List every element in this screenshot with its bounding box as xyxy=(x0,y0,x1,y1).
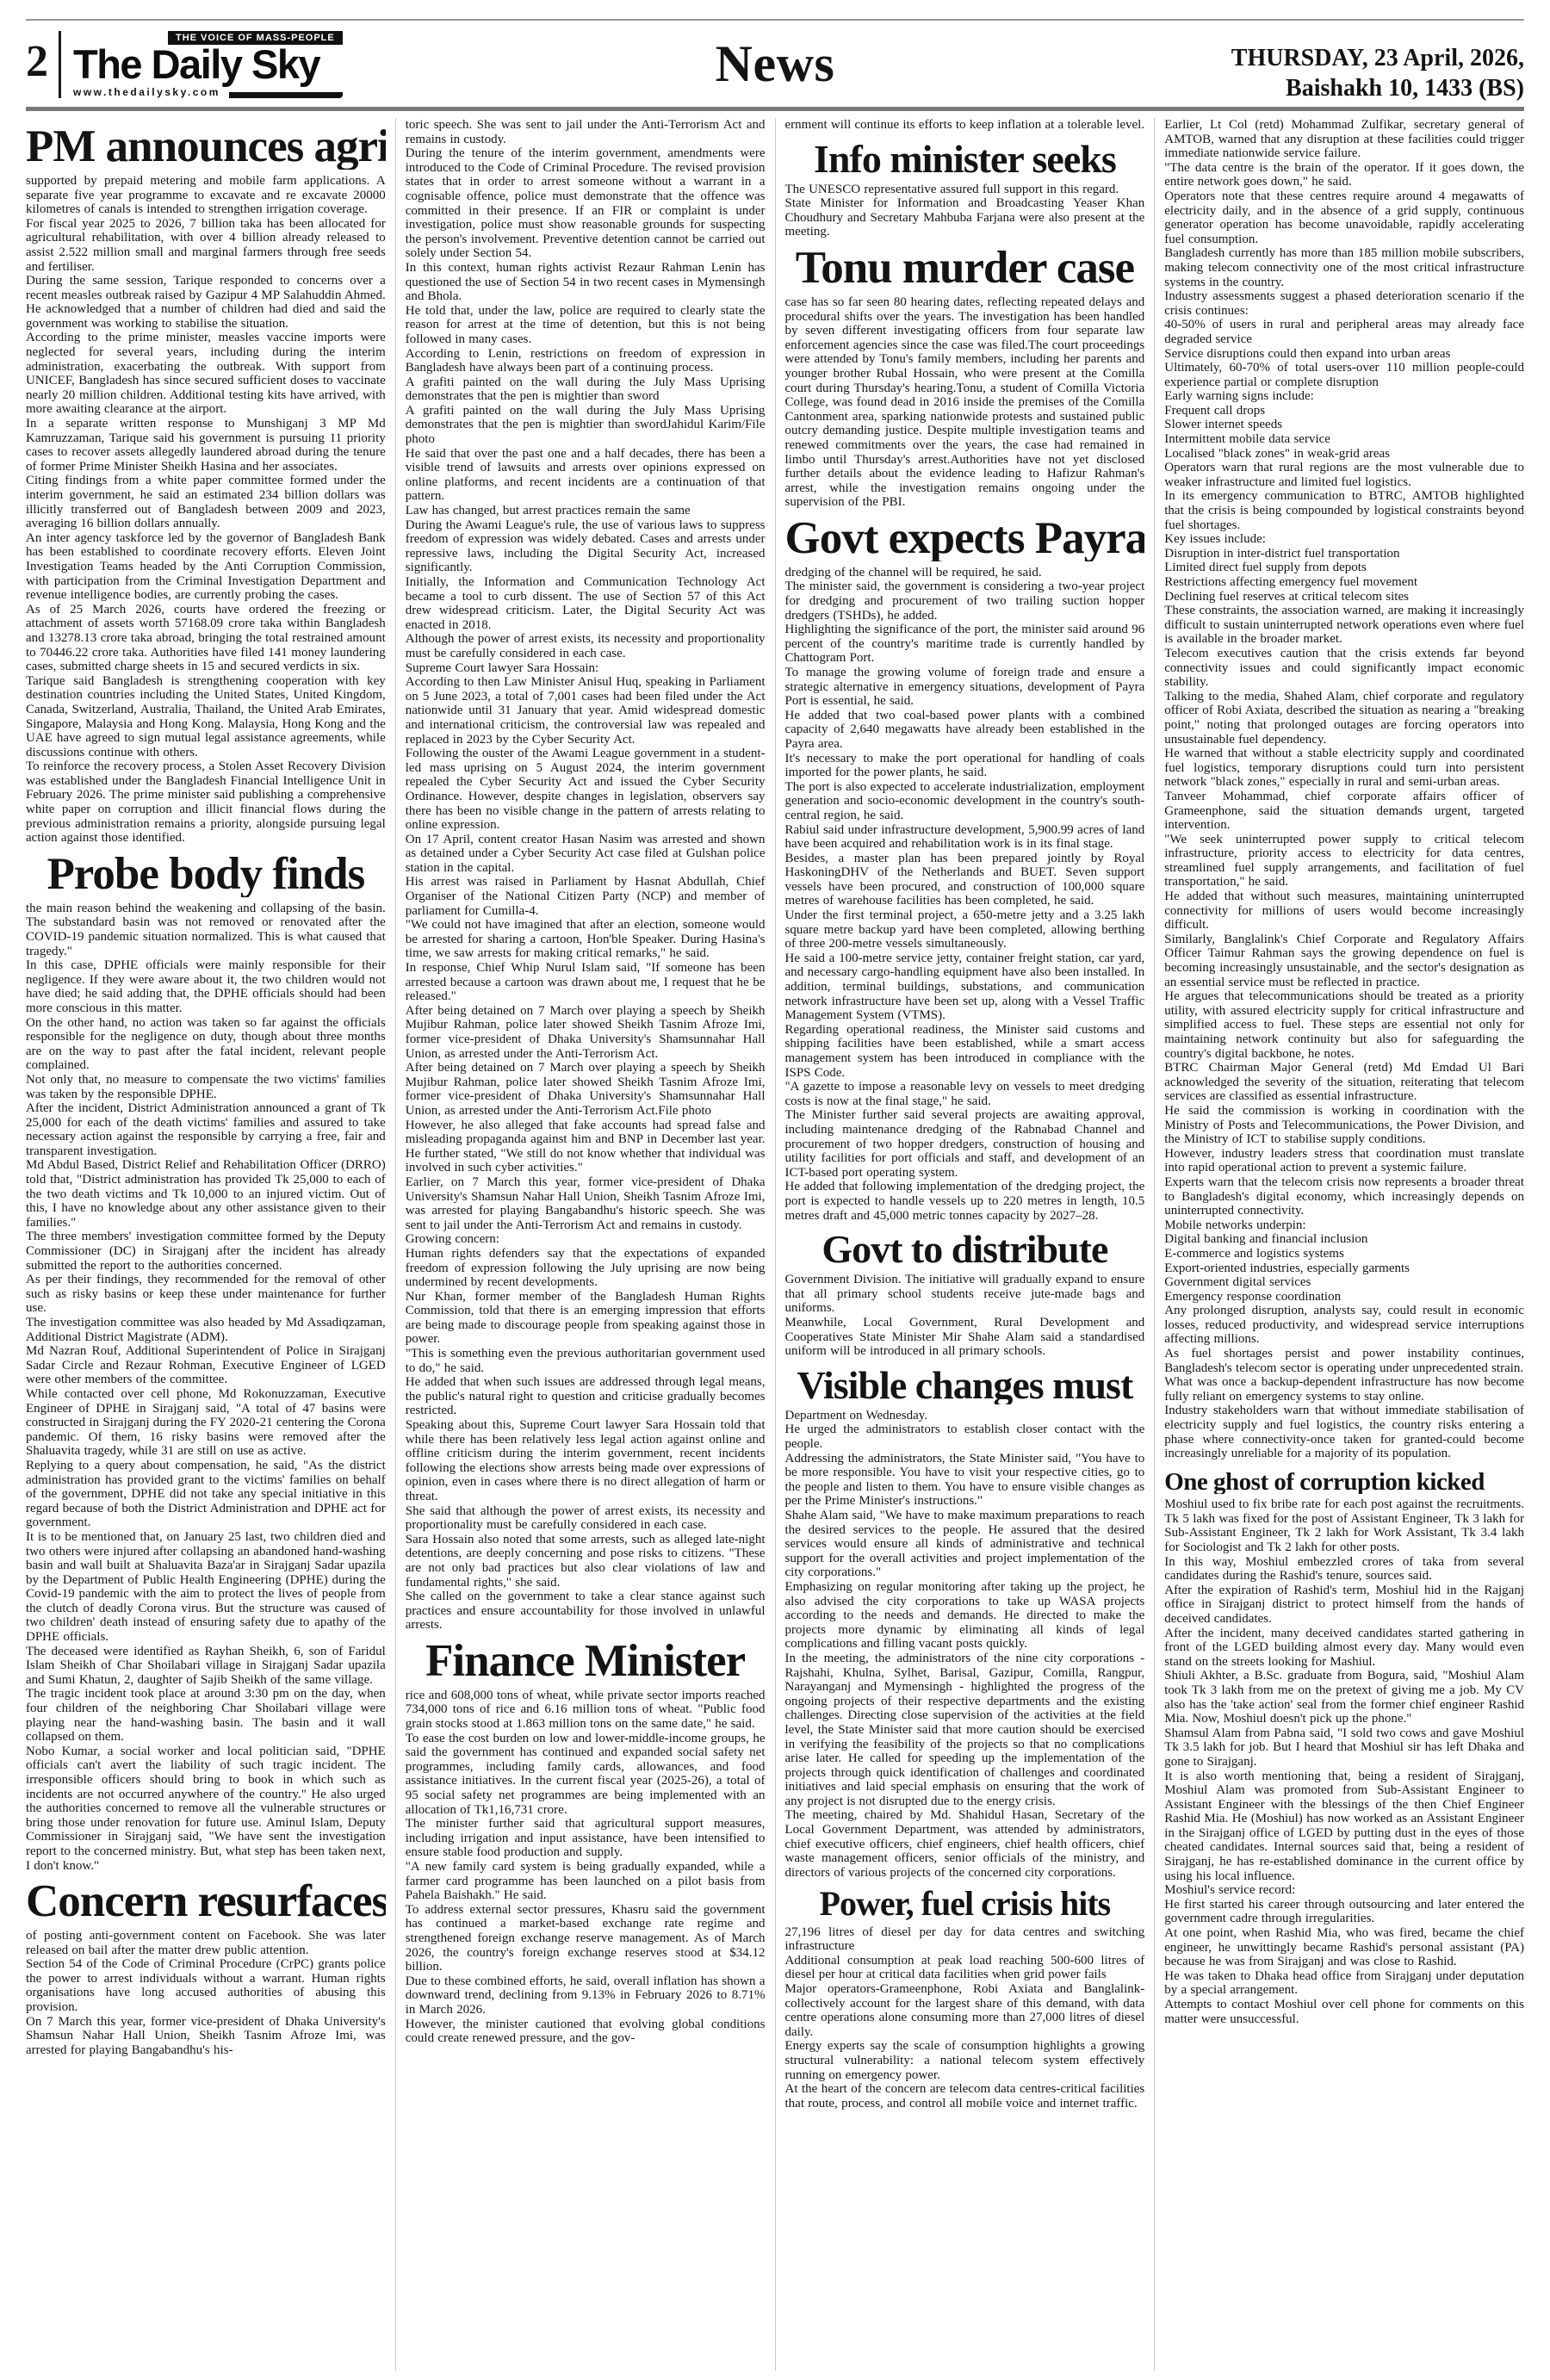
article-paragraph: Replying to a query about compensation, … xyxy=(26,1459,386,1530)
article-paragraph: He warned that without a stable electric… xyxy=(1164,747,1524,790)
article-paragraph: To manage the growing volume of foreign … xyxy=(785,666,1145,709)
article-paragraph: Energy experts say the scale of consumpt… xyxy=(785,2039,1145,2082)
article-paragraph: Speaking about this, Supreme Court lawye… xyxy=(406,1418,766,1504)
article-headline: Concern resurfaces xyxy=(26,1880,386,1924)
article-paragraph: However, he also alleged that fake accou… xyxy=(406,1119,766,1175)
article-paragraph: He told that, under the law, police are … xyxy=(406,304,766,347)
article-paragraph: "This is something even the previous aut… xyxy=(406,1347,766,1375)
article-paragraph: Following the ouster of the Awami League… xyxy=(406,747,766,833)
article-paragraph: According to then Law Minister Anisul Hu… xyxy=(406,675,766,747)
article-paragraph: As per their findings, they recommended … xyxy=(26,1273,386,1316)
article-paragraph: Human rights defenders say that the expe… xyxy=(406,1247,766,1290)
article-paragraph: Major operators-Grameenphone, Robi Axiat… xyxy=(785,1982,1145,2039)
article-paragraph: He said a 100-metre service jetty, conta… xyxy=(785,951,1145,1023)
article-paragraph: On 17 April, content creator Hasan Nasim… xyxy=(406,833,766,876)
article-paragraph: He argues that telecommunications should… xyxy=(1164,989,1524,1061)
page-number: 2 xyxy=(26,40,48,90)
article-paragraph: To reinforce the recovery process, a Sto… xyxy=(26,759,386,846)
article-paragraph: Talking to the media, Shahed Alam, chief… xyxy=(1164,690,1524,747)
article-paragraph: E-commerce and logistics systems xyxy=(1164,1247,1524,1261)
article-paragraph: At one point, when Rashid Mia, who was f… xyxy=(1164,1926,1524,1969)
article-paragraph: To address external sector pressures, Kh… xyxy=(406,1903,766,1974)
article-paragraph: He added that following implementation o… xyxy=(785,1180,1145,1223)
article-paragraph: At the heart of the concern are telecom … xyxy=(785,2082,1145,2110)
article-paragraph: Service disruptions could then expand in… xyxy=(1164,347,1524,362)
article-paragraph: case has so far seen 80 hearing dates, r… xyxy=(785,295,1145,510)
article-paragraph: However, industry leaders stress that co… xyxy=(1164,1147,1524,1175)
article-paragraph: Experts warn that the telecom crisis now… xyxy=(1164,1175,1524,1218)
article-paragraph: During the same session, Tarique respond… xyxy=(26,274,386,331)
article-paragraph: The UNESCO representative assured full s… xyxy=(785,183,1145,197)
article-paragraph: 27,196 litres of diesel per day for data… xyxy=(785,1925,1145,1954)
article-paragraph: Md Abdul Based, District Relief and Reha… xyxy=(26,1158,386,1230)
article-paragraph: Frequent call drops xyxy=(1164,404,1524,418)
article-paragraph: The minister said, the government is con… xyxy=(785,580,1145,623)
article-paragraph: Mobile networks underpin: xyxy=(1164,1218,1524,1233)
article-headline: Info minister seeks xyxy=(785,139,1145,178)
article-paragraph: Operators note that these centres requir… xyxy=(1164,189,1524,246)
article-paragraph: supported by prepaid metering and mobile… xyxy=(26,174,386,217)
article-paragraph: What was once a backup-dependent infrast… xyxy=(1164,1375,1524,1404)
article-paragraph: According to the prime minister, measles… xyxy=(26,331,386,417)
article-paragraph: In its emergency communication to BTRC, … xyxy=(1164,489,1524,532)
dateline-bengali: Baishakh 10, 1433 (BS) xyxy=(1231,73,1524,103)
article-paragraph: Tanveer Mohammad, chief corporate affair… xyxy=(1164,790,1524,833)
article-paragraph: In the meeting, the administrators of th… xyxy=(785,1652,1145,1809)
article-paragraph: Nobo Kumar, a social worker and local po… xyxy=(26,1745,386,1873)
article-paragraph: He added that two coal-based power plant… xyxy=(785,709,1145,752)
article-paragraph: Bangladesh currently has more than 185 m… xyxy=(1164,246,1524,289)
article-paragraph: Limited direct fuel supply from depots xyxy=(1164,561,1524,575)
article-paragraph: The investigation committee was also hea… xyxy=(26,1316,386,1344)
article-paragraph: His arrest was raised in Parliament by H… xyxy=(406,875,766,918)
article-paragraph: Operators warn that rural regions are th… xyxy=(1164,461,1524,489)
article-paragraph: As of 25 March 2026, courts have ordered… xyxy=(26,603,386,674)
news-column: ernment will continue its efforts to kee… xyxy=(775,118,1155,2371)
article-paragraph: Supreme Court lawyer Sara Hossain: xyxy=(406,661,766,676)
article-paragraph: In this context, human rights activist R… xyxy=(406,261,766,304)
logo-url-text: www.thedailysky.com xyxy=(73,86,220,98)
article-paragraph: Emergency response coordination xyxy=(1164,1290,1524,1305)
article-paragraph: The minister further said that agricultu… xyxy=(406,1817,766,1860)
article-paragraph: However, the minister cautioned that evo… xyxy=(406,2017,766,2046)
article-headline: Visible changes must xyxy=(785,1366,1145,1404)
article-paragraph: In response, Chief Whip Nurul Islam said… xyxy=(406,961,766,1004)
article-paragraph: Key issues include: xyxy=(1164,532,1524,547)
article-paragraph: After the expiration of Rashid's term, M… xyxy=(1164,1584,1524,1627)
article-paragraph: The tragic incident took place at around… xyxy=(26,1687,386,1744)
article-paragraph: "A new family card system is being gradu… xyxy=(406,1860,766,1903)
article-paragraph: Shamsul Alam from Pabna said, "I sold tw… xyxy=(1164,1726,1524,1770)
article-paragraph: Industry assessments suggest a phased de… xyxy=(1164,289,1524,318)
article-paragraph: Telecom executives caution that the cris… xyxy=(1164,647,1524,690)
article-paragraph: It is to be mentioned that, on January 2… xyxy=(26,1530,386,1645)
article-paragraph: "We seek uninterrupted power supply to c… xyxy=(1164,833,1524,889)
article-paragraph: Moshiul's service record: xyxy=(1164,1883,1524,1898)
dateline-gregorian: THURSDAY, 23 April, 2026, xyxy=(1231,43,1524,73)
article-paragraph: Emphasizing on regular monitoring after … xyxy=(785,1580,1145,1652)
article-paragraph: ernment will continue its efforts to kee… xyxy=(785,118,1145,133)
article-paragraph: Growing concern: xyxy=(406,1232,766,1247)
article-paragraph: Restrictions affecting emergency fuel mo… xyxy=(1164,575,1524,590)
article-paragraph: The Minister further said several projec… xyxy=(785,1108,1145,1180)
article-paragraph: of posting anti-government content on Fa… xyxy=(26,1929,386,1957)
article-paragraph: BTRC Chairman Major General (retd) Md Em… xyxy=(1164,1061,1524,1104)
newspaper-page: 2 THE VOICE OF MASS-PEOPLE The Daily Sky… xyxy=(0,0,1550,2380)
article-paragraph: Sara Hossain also noted that some arrest… xyxy=(406,1533,766,1590)
article-paragraph: For fiscal year 2025 to 2026, 7 billion … xyxy=(26,217,386,274)
article-paragraph: Due to these combined efforts, he said, … xyxy=(406,1974,766,2017)
header-rule xyxy=(26,107,1524,111)
article-headline: Power, fuel crisis hits xyxy=(785,1887,1145,1920)
article-paragraph: He was taken to Dhaka head office from S… xyxy=(1164,1969,1524,1998)
article-paragraph: Meanwhile, Local Government, Rural Devel… xyxy=(785,1316,1145,1359)
article-paragraph: According to Lenin, restrictions on free… xyxy=(406,347,766,375)
article-paragraph: Tarique said Bangladesh is strengthening… xyxy=(26,674,386,760)
article-paragraph: Md Nazran Rouf, Additional Superintenden… xyxy=(26,1344,386,1387)
article-paragraph: In a separate written response to Munshi… xyxy=(26,417,386,474)
article-paragraph: He said the commission is working in coo… xyxy=(1164,1104,1524,1147)
article-paragraph: Citing findings from a white paper commi… xyxy=(26,474,386,530)
article-paragraph: Initially, the Information and Communica… xyxy=(406,575,766,632)
article-headline: PM announces agri xyxy=(26,125,386,170)
article-paragraph: Shiuli Akhter, a B.Sc. graduate from Bog… xyxy=(1164,1669,1524,1726)
article-paragraph: 40-50% of users in rural and peripheral … xyxy=(1164,318,1524,346)
article-paragraph: She called on the government to take a c… xyxy=(406,1590,766,1633)
article-headline: Tonu murder case xyxy=(785,246,1145,291)
article-paragraph: He first started his career through outs… xyxy=(1164,1898,1524,1926)
article-paragraph: "The data centre is the brain of the ope… xyxy=(1164,161,1524,189)
article-paragraph: Besides, a master plan has been prepared… xyxy=(785,852,1145,908)
top-rule xyxy=(26,19,1524,21)
article-paragraph: Declining fuel reserves at critical tele… xyxy=(1164,590,1524,604)
article-paragraph: Not only that, no measure to compensate … xyxy=(26,1073,386,1101)
news-column: toric speech. She was sent to jail under… xyxy=(395,118,775,2371)
article-paragraph: Any prolonged disruption, analysts say, … xyxy=(1164,1304,1524,1347)
article-paragraph: He urged the administrators to establish… xyxy=(785,1422,1145,1451)
article-paragraph: While contacted over cell phone, Md Roko… xyxy=(26,1387,386,1459)
article-paragraph: In this way, Moshiul embezzled crores of… xyxy=(1164,1555,1524,1584)
article-headline: Govt to distribute xyxy=(785,1230,1145,1268)
article-paragraph: Industry stakeholders warn that without … xyxy=(1164,1404,1524,1460)
article-paragraph: After the incident, many deceived candid… xyxy=(1164,1627,1524,1670)
news-column: Earlier, Lt Col (retd) Mohammad Zulfikar… xyxy=(1154,118,1524,2371)
article-paragraph: Under the first terminal project, a 650-… xyxy=(785,908,1145,951)
article-paragraph: A grafiti painted on the wall during the… xyxy=(406,404,766,447)
article-paragraph: The port is also expected to accelerate … xyxy=(785,780,1145,823)
article-paragraph: Localised "black zones" in weak-grid are… xyxy=(1164,447,1524,462)
article-paragraph: Additional consumption at peak load reac… xyxy=(785,1954,1145,1982)
article-paragraph: Intermittent mobile data service xyxy=(1164,432,1524,447)
article-paragraph: After being detained on 7 March over pla… xyxy=(406,1004,766,1061)
logo-title: The Daily Sky xyxy=(73,46,343,84)
article-paragraph: Earlier, on 7 March this year, former vi… xyxy=(406,1175,766,1232)
article-paragraph: After being detained on 7 March over pla… xyxy=(406,1061,766,1118)
article-paragraph: During the Awami League's rule, the use … xyxy=(406,518,766,575)
dateline: THURSDAY, 23 April, 2026, Baishakh 10, 1… xyxy=(1231,43,1524,103)
article-paragraph: Similarly, Banglalink's Chief Corporate … xyxy=(1164,933,1524,989)
article-paragraph: It's necessary to make the port operatio… xyxy=(785,752,1145,780)
article-headline: Probe body finds xyxy=(26,852,386,897)
article-paragraph: He added that when such issues are addre… xyxy=(406,1375,766,1418)
article-paragraph: The deceased were identified as Rayhan S… xyxy=(26,1645,386,1688)
article-paragraph: Digital banking and financial inclusion xyxy=(1164,1232,1524,1247)
article-paragraph: Government digital services xyxy=(1164,1275,1524,1290)
article-paragraph: Highlighting the significance of the por… xyxy=(785,623,1145,666)
article-paragraph: Disruption in inter-district fuel transp… xyxy=(1164,547,1524,561)
article-paragraph: He said that over the past one and a hal… xyxy=(406,447,766,504)
article-paragraph: On the other hand, no action was taken s… xyxy=(26,1016,386,1073)
news-column: PM announces agrisupported by prepaid me… xyxy=(26,118,395,2371)
article-paragraph: "A gazette to impose a reasonable levy o… xyxy=(785,1080,1145,1108)
article-paragraph: Moshiul used to fix bribe rate for each … xyxy=(1164,1497,1524,1554)
article-paragraph: the main reason behind the weakening and… xyxy=(26,902,386,958)
article-paragraph: To ease the cost burden on low and lower… xyxy=(406,1732,766,1818)
article-paragraph: rice and 608,000 tons of wheat, while pr… xyxy=(406,1689,766,1732)
article-paragraph: Attempts to contact Moshiul over cell ph… xyxy=(1164,1998,1524,2026)
article-paragraph: toric speech. She was sent to jail under… xyxy=(406,118,766,146)
article-paragraph: On 7 March this year, former vice-presid… xyxy=(26,2015,386,2058)
columns-container: PM announces agrisupported by prepaid me… xyxy=(26,118,1524,2371)
article-paragraph: After the incident, District Administrat… xyxy=(26,1101,386,1158)
article-paragraph: State Minister for Information and Broad… xyxy=(785,196,1145,239)
article-paragraph: It is also worth mentioning that, being … xyxy=(1164,1770,1524,1884)
article-paragraph: Ultimately, 60-70% of total users-over 1… xyxy=(1164,361,1524,389)
article-paragraph: Law has changed, but arrest practices re… xyxy=(406,504,766,518)
logo-url: www.thedailysky.com xyxy=(73,86,343,98)
article-paragraph: "We could not have imagined that after a… xyxy=(406,918,766,961)
article-paragraph: The meeting, chaired by Md. Shahidul Has… xyxy=(785,1808,1145,1880)
article-paragraph: Slower internet speeds xyxy=(1164,418,1524,432)
article-paragraph: Nur Khan, former member of the Banglades… xyxy=(406,1290,766,1347)
article-paragraph: Section 54 of the Code of Criminal Proce… xyxy=(26,1957,386,2014)
article-headline: One ghost of corruption kicked xyxy=(1164,1470,1524,1494)
article-paragraph: Rabiul said under infrastructure develop… xyxy=(785,823,1145,852)
article-paragraph: Early warning signs include: xyxy=(1164,389,1524,404)
newspaper-logo: THE VOICE OF MASS-PEOPLE The Daily Sky w… xyxy=(59,31,343,98)
article-paragraph: Although the power of arrest exists, its… xyxy=(406,632,766,660)
article-paragraph: He added that without such measures, mai… xyxy=(1164,889,1524,933)
masthead: 2 THE VOICE OF MASS-PEOPLE The Daily Sky… xyxy=(26,24,1524,105)
section-title: News xyxy=(716,34,835,94)
article-paragraph: Government Division. The initiative will… xyxy=(785,1273,1145,1316)
article-headline: Finance Minister xyxy=(406,1639,766,1684)
article-paragraph: Earlier, Lt Col (retd) Mohammad Zulfikar… xyxy=(1164,118,1524,161)
article-paragraph: In this case, DPHE officials were mainly… xyxy=(26,958,386,1015)
article-paragraph: Department on Wednesday. xyxy=(785,1409,1145,1423)
article-paragraph: A grafiti painted on the wall during the… xyxy=(406,375,766,404)
article-paragraph: As fuel shortages persist and power inst… xyxy=(1164,1347,1524,1375)
article-paragraph: During the tenure of the interim governm… xyxy=(406,146,766,261)
article-paragraph: Regarding operational readiness, the Min… xyxy=(785,1023,1145,1080)
article-paragraph: She said that although the power of arre… xyxy=(406,1504,766,1533)
article-paragraph: The three members' investigation committ… xyxy=(26,1230,386,1273)
article-headline: Govt expects Payra xyxy=(785,517,1145,561)
article-paragraph: These constraints, the association warne… xyxy=(1164,604,1524,647)
article-paragraph: Addressing the administrators, the State… xyxy=(785,1452,1145,1509)
article-paragraph: An inter agency taskforce led by the gov… xyxy=(26,531,386,603)
article-paragraph: dredging of the channel will be required… xyxy=(785,566,1145,580)
article-paragraph: Export-oriented industries, especially g… xyxy=(1164,1261,1524,1276)
article-paragraph: Shahe Alam said, "We have to make maximu… xyxy=(785,1509,1145,1580)
